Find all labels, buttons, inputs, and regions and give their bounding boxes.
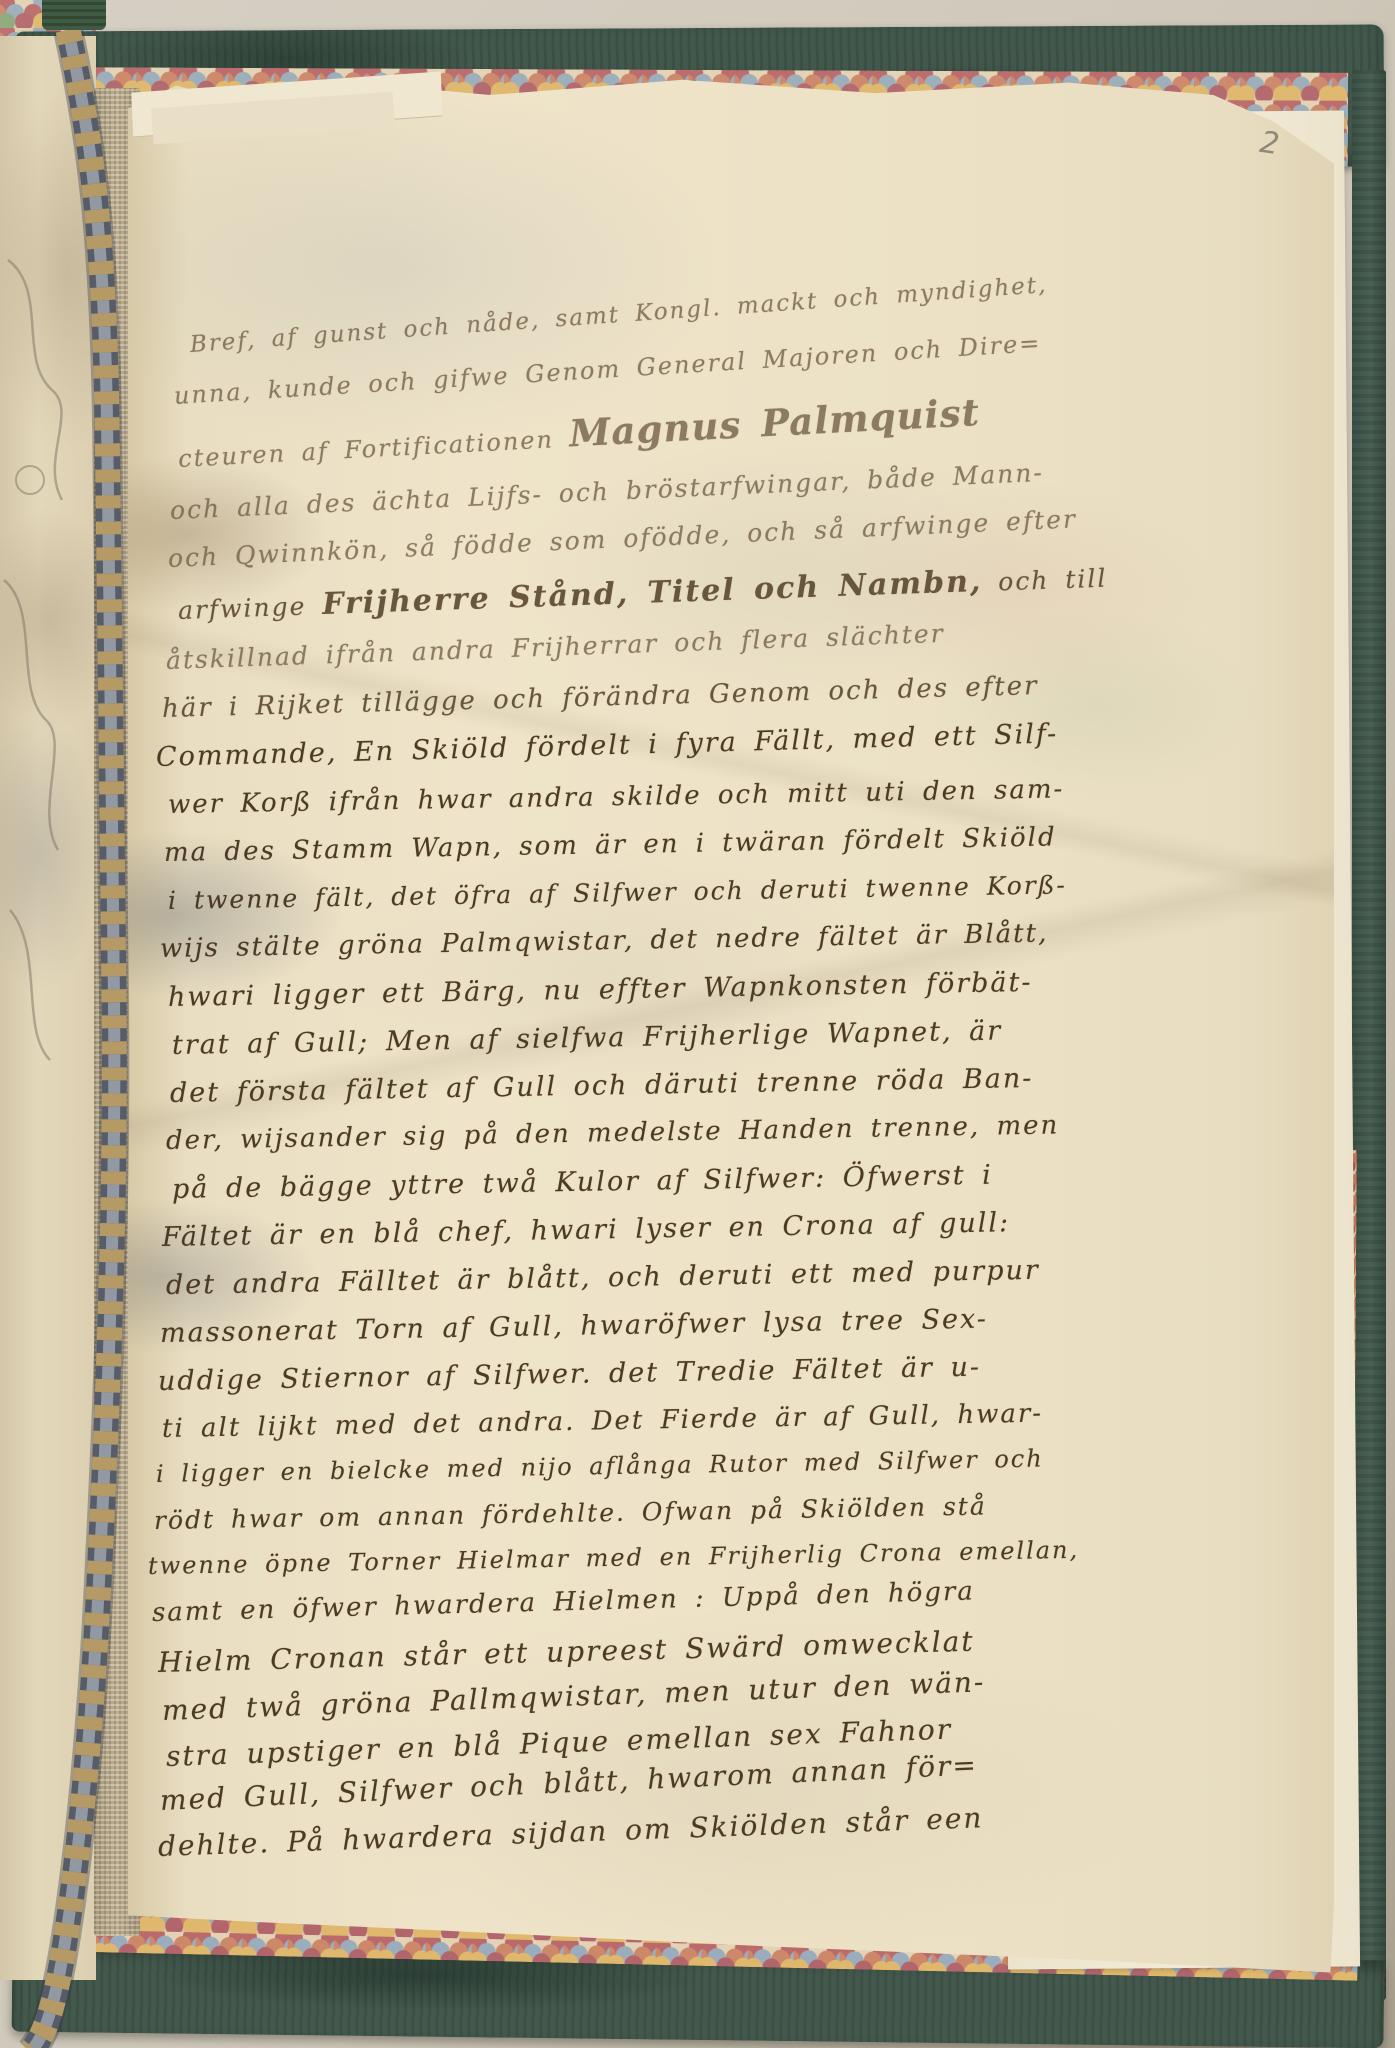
manuscript-line: i ligger en bielcke med nijo aflånga Rut… [156,1445,1044,1488]
manuscript-line: det andra Fälltet är blått, och deruti e… [166,1255,1040,1301]
manuscript-line: i twenne fält, det öfra af Silfwer och d… [168,870,1067,915]
manuscript-line: hwari ligger ett Bärg, nu effter Wapnkon… [168,967,1033,1013]
manuscript-line: der, wijsander sig på den medelste Hande… [166,1110,1060,1156]
manuscript-line: uddige Stiernor af Silfwer. det Tredie F… [158,1352,982,1397]
manuscript-line: ti alt lijkt med det andra. Det Fierde ä… [162,1399,1044,1444]
manuscript-line: på de bägge yttre twå Kulor af Silfwer: … [172,1160,993,1205]
manuscript-line: twenne öpne Torner Hielmar med en Frijhe… [148,1536,1080,1580]
manuscript-line: wijs stälte gröna Palmqwistar, det nedre… [160,918,1049,964]
manuscript-line: Commande, En Skiöld fördelt i fyra Fällt… [156,718,1059,773]
manuscript-line: samt en öfwer hwardera Hielmen : Uppå de… [152,1576,976,1628]
manuscript-line: trat af Gull; Men af sielfwa Frijherlige… [172,1016,1003,1061]
manuscript-line: det första fältet af Gull och däruti tre… [170,1063,1034,1109]
manuscript-line: åtskillnad ifrån andra Frijherrar och fl… [165,619,945,675]
manuscript-text: Bref, af gunst och nåde, samt Kongl. mac… [148,332,1308,1912]
cord-ribbon-anchor [42,0,106,30]
manuscript-line: rödt hwar om annan fördehlte. Ofwan på S… [154,1491,987,1535]
manuscript-line: cteuren af Fortificationen Magnus Palmqu… [177,390,981,476]
manuscript-line: arfwinge Frijherre Stånd, Titel och Namb… [177,560,1107,627]
manuscript-line: massonerat Torn af Gull, hwaröfwer lysa … [160,1304,988,1349]
manuscript-line: wer Korß ifrån hwar andra skilde och mit… [168,774,1065,820]
manuscript-line: ma des Stamm Wapn, som är en i twäran fö… [164,822,1057,868]
ink-showthrough [0,150,96,1350]
manuscript-line: Fältet är en blå chef, hwari lyser en Cr… [162,1207,1011,1253]
manuscript-line: här i Rijket tillägge och förändra Genom… [162,671,1039,724]
